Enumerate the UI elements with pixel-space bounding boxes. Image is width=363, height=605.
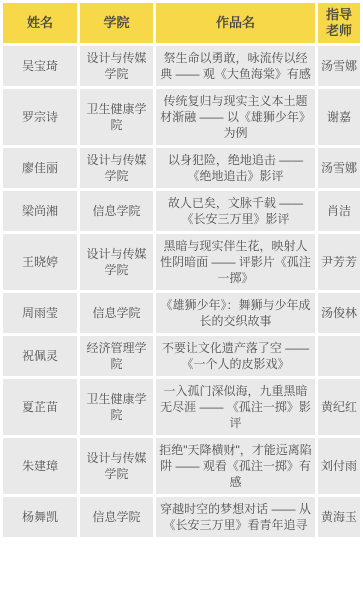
cell-name: 朱建璋	[3, 438, 77, 494]
cell-teacher: 汤雪娜	[318, 148, 360, 188]
table-row: 祝佩灵 经济管理学院 不要让文化遗产落了空 —— 《一个人的皮影戏》	[3, 336, 360, 376]
table-row: 夏芷苗 卫生健康学院 一入孤门深似海，九重黑暗无尽涯 —— 《孤注一掷》影评 黄…	[3, 379, 360, 435]
cell-name: 罗宗诗	[3, 89, 77, 145]
table-row: 廖佳丽 设计与传媒学院 以身犯险，绝地追击 —— 《绝地追击》影评 汤雪娜	[3, 148, 360, 188]
table-row: 杨舞凯 信息学院 穿越时空的梦想对话 —— 从《长安三万里》看青年追寻 黄海玉	[3, 497, 360, 537]
table-header: 姓名 学院 作品名 指导老师	[3, 3, 360, 43]
cell-college: 信息学院	[80, 497, 153, 537]
column-header-teacher: 指导老师	[318, 3, 360, 43]
cell-work: 拒绝"天降横财"，才能远离陷阱 —— 观看《孤注一掷》有感	[156, 438, 315, 494]
cell-name: 吴宝琦	[3, 46, 77, 86]
cell-name: 廖佳丽	[3, 148, 77, 188]
cell-teacher	[318, 336, 360, 376]
cell-work: 故人已矣，文脉千载 —— 《长安三万里》影评	[156, 191, 315, 231]
cell-work: 传统复归与现实主义本土题材渐融 —— 以《雄狮少年》为例	[156, 89, 315, 145]
table-body: 吴宝琦 设计与传媒学院 祭生命以勇敢，咏流传以经典 —— 观《大鱼海棠》有感 汤…	[3, 46, 360, 537]
table-row: 吴宝琦 设计与传媒学院 祭生命以勇敢，咏流传以经典 —— 观《大鱼海棠》有感 汤…	[3, 46, 360, 86]
cell-teacher: 肖洁	[318, 191, 360, 231]
cell-work: 以身犯险，绝地追击 —— 《绝地追击》影评	[156, 148, 315, 188]
cell-college: 设计与传媒学院	[80, 234, 153, 290]
cell-work: 祭生命以勇敢，咏流传以经典 —— 观《大鱼海棠》有感	[156, 46, 315, 86]
cell-work: 一入孤门深似海，九重黑暗无尽涯 —— 《孤注一掷》影评	[156, 379, 315, 435]
column-header-work: 作品名	[156, 3, 315, 43]
cell-college: 设计与传媒学院	[80, 438, 153, 494]
column-header-college: 学院	[80, 3, 153, 43]
column-header-name: 姓名	[3, 3, 77, 43]
cell-teacher: 谢嘉	[318, 89, 360, 145]
cell-name: 杨舞凯	[3, 497, 77, 537]
cell-work: 穿越时空的梦想对话 —— 从《长安三万里》看青年追寻	[156, 497, 315, 537]
cell-work: 不要让文化遗产落了空 —— 《一个人的皮影戏》	[156, 336, 315, 376]
cell-teacher: 汤雪娜	[318, 46, 360, 86]
cell-work: 黑暗与现实伴生花，映射人性阴暗面 —— 评影片《孤注一掷》	[156, 234, 315, 290]
cell-college: 设计与传媒学院	[80, 148, 153, 188]
cell-name: 梁尚湘	[3, 191, 77, 231]
cell-college: 卫生健康学院	[80, 89, 153, 145]
header-row: 姓名 学院 作品名 指导老师	[3, 3, 360, 43]
cell-name: 王晓婷	[3, 234, 77, 290]
cell-teacher: 刘付雨	[318, 438, 360, 494]
cell-college: 设计与传媒学院	[80, 46, 153, 86]
cell-work: 《雄狮少年》：舞狮与少年成长的交织故事	[156, 293, 315, 333]
cell-teacher: 尹芳芳	[318, 234, 360, 290]
cell-teacher: 汤俊林	[318, 293, 360, 333]
table-row: 朱建璋 设计与传媒学院 拒绝"天降横财"，才能远离陷阱 —— 观看《孤注一掷》有…	[3, 438, 360, 494]
cell-name: 夏芷苗	[3, 379, 77, 435]
table-row: 罗宗诗 卫生健康学院 传统复归与现实主义本土题材渐融 —— 以《雄狮少年》为例 …	[3, 89, 360, 145]
cell-college: 信息学院	[80, 191, 153, 231]
cell-college: 信息学院	[80, 293, 153, 333]
table-row: 王晓婷 设计与传媒学院 黑暗与现实伴生花，映射人性阴暗面 —— 评影片《孤注一掷…	[3, 234, 360, 290]
table-row: 梁尚湘 信息学院 故人已矣，文脉千载 —— 《长安三万里》影评 肖洁	[3, 191, 360, 231]
cell-teacher: 黄纪红	[318, 379, 360, 435]
student-works-table: 姓名 学院 作品名 指导老师 吴宝琦 设计与传媒学院 祭生命以勇敢，咏流传以经典…	[0, 0, 363, 540]
cell-teacher: 黄海玉	[318, 497, 360, 537]
cell-college: 经济管理学院	[80, 336, 153, 376]
cell-college: 卫生健康学院	[80, 379, 153, 435]
table-row: 周雨莹 信息学院 《雄狮少年》：舞狮与少年成长的交织故事 汤俊林	[3, 293, 360, 333]
cell-name: 祝佩灵	[3, 336, 77, 376]
cell-name: 周雨莹	[3, 293, 77, 333]
